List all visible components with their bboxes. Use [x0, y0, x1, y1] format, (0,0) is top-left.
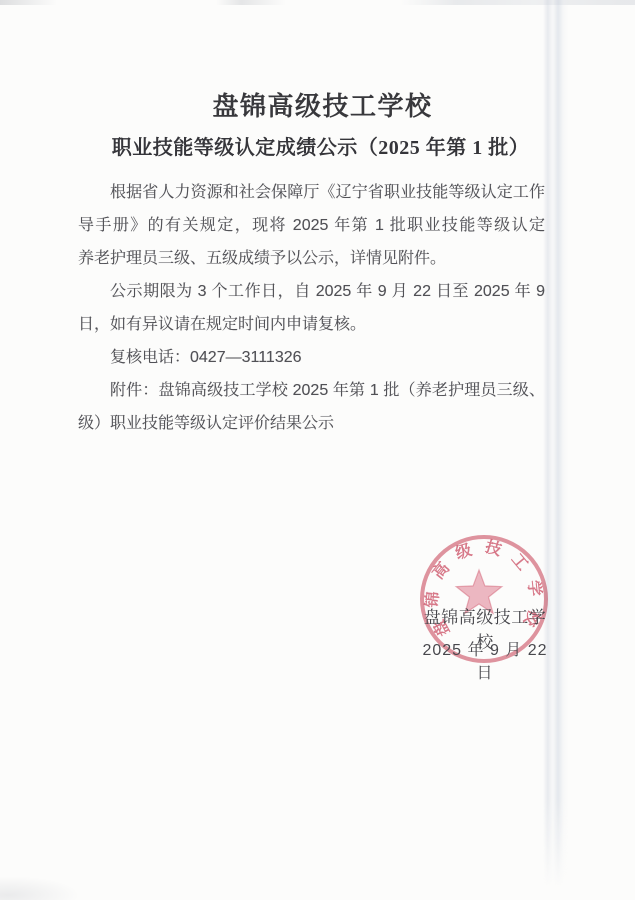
- body-line: 养老护理员三级、五级成绩予以公示，详情见附件。: [78, 242, 545, 275]
- body-line: 复核电话：0427—3111326: [78, 341, 545, 374]
- body-line: 日，如有异议请在规定时间内申请复核。: [78, 308, 545, 341]
- document-page: 盘锦高级技工学校 职业技能等级认定成绩公示（2025 年第 1 批） 根据省人力…: [0, 0, 635, 900]
- body-line: 根据省人力资源和社会保障厅《辽宁省职业技能等级认定工作指: [78, 176, 545, 209]
- body-line: 公示期限为 3 个工作日，自 2025 年 9 月 22 日至 2025 年 9…: [78, 275, 545, 308]
- body-line: 级）职业技能等级认定评价结果公示: [78, 407, 545, 440]
- document-title: 盘锦高级技工学校: [5, 86, 635, 123]
- document-body: 根据省人力资源和社会保障厅《辽宁省职业技能等级认定工作指 导手册》的有关规定，现…: [78, 176, 545, 440]
- document-subtitle: 职业技能等级认定成绩公示（2025 年第 1 批）: [3, 131, 635, 160]
- signature-date: 2025 年 9 月 22 日: [416, 637, 554, 683]
- scan-edge-smudge: [0, 0, 635, 5]
- body-line: 附件：盘锦高级技工学校 2025 年第 1 批（养老护理员三级、五: [78, 374, 545, 407]
- scan-smudge: [0, 876, 80, 900]
- body-line: 导手册》的有关规定，现将 2025 年第 1 批职业技能等级认定———: [78, 209, 545, 242]
